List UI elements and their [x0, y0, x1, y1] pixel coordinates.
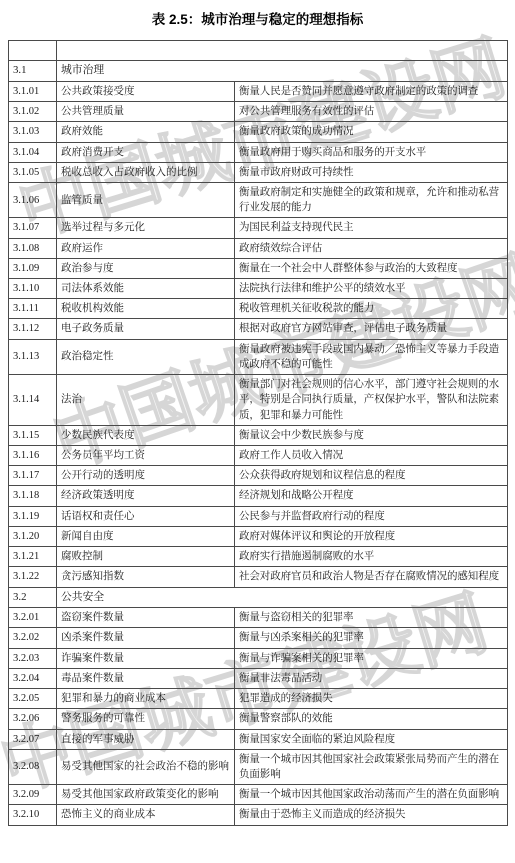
table-row: 3.2.03诈骗案件数量衡量与诈骗案相关的犯罪率	[9, 648, 508, 668]
row-code: 3.1.21	[9, 547, 57, 567]
table-row: 3.1.18经济政策透明度经济规划和战略公开程度	[9, 486, 508, 506]
row-code: 3.1.09	[9, 258, 57, 278]
row-description: 根据对政府官方网站审查，评估电子政务质量	[235, 319, 508, 339]
row-code: 3.1.19	[9, 506, 57, 526]
row-indicator: 话语权和责任心	[57, 506, 235, 526]
table-row: 3.2.08易受其他国家的社会政治不稳的影响衡量一个城市因其他国家社会政策紧张局…	[9, 749, 508, 784]
table-row: 3.1.02公共管理质量对公共管理服务有效性的评估	[9, 102, 508, 122]
table-row: 3.1.14法治衡量部门对社会规则的信心水平，部门遵守社会规则的水平，特别是合同…	[9, 375, 508, 426]
table-row: 3.1.05税收总收入占政府收入的比例衡量市政府财政可持续性	[9, 162, 508, 182]
header-code: 3	[9, 41, 57, 61]
table-row: 3.1.13政治稳定性衡量政府被违宪手段或国内暴动／恐怖主义等暴力手段造成政府不…	[9, 339, 508, 374]
table-row: 3.1.01公共政策接受度衡量人民是否赞同并愿意遵守政府制定的政策的调查	[9, 81, 508, 101]
table-row: 3.1.19话语权和责任心公民参与并监督政府行动的程度	[9, 506, 508, 526]
row-code: 3.2.06	[9, 709, 57, 729]
row-code: 3.1.02	[9, 102, 57, 122]
row-indicator: 凶杀案件数量	[57, 628, 235, 648]
row-description: 衡量人民是否赞同并愿意遵守政府制定的政策的调查	[235, 81, 508, 101]
row-code: 3.1.08	[9, 238, 57, 258]
row-description: 衡量政府被违宪手段或国内暴动／恐怖主义等暴力手段造成政府不稳的可能性	[235, 339, 508, 374]
row-indicator: 电子政务质量	[57, 319, 235, 339]
row-code: 3.1.04	[9, 142, 57, 162]
row-description: 衡量政府制定和实施健全的政策和规章，允许和推动私营行业发展的能力	[235, 182, 508, 217]
table-row: 3.1.04政府消费开支衡量政府用于购买商品和服务的开支水平	[9, 142, 508, 162]
row-code: 3.2.07	[9, 729, 57, 749]
row-description: 衡量部门对社会规则的信心水平，部门遵守社会规则的水平，特别是合同执行质量，产权保…	[235, 375, 508, 426]
row-code: 3.2.02	[9, 628, 57, 648]
row-code: 3.1.20	[9, 526, 57, 546]
table-row: 3.1.16公务员年平均工资政府工作人员收入情况	[9, 446, 508, 466]
row-indicator: 直接的军事威胁	[57, 729, 235, 749]
row-code: 3.1.06	[9, 182, 57, 217]
row-description: 政府对媒体评议和舆论的开放程度	[235, 526, 508, 546]
table-row: 3.1.22贪污感知指数社会对政府官员和政治人物是否存在腐败情况的感知程度	[9, 567, 508, 587]
row-description: 经济规划和战略公开程度	[235, 486, 508, 506]
row-code: 3.2.03	[9, 648, 57, 668]
row-description: 政府绩效综合评估	[235, 238, 508, 258]
row-description: 衡量与盗窃相关的犯罪率	[235, 608, 508, 628]
row-indicator: 贪污感知指数	[57, 567, 235, 587]
row-code: 3.1.14	[9, 375, 57, 426]
row-indicator: 经济政策透明度	[57, 486, 235, 506]
row-indicator: 政府运作	[57, 238, 235, 258]
row-code: 3.1.12	[9, 319, 57, 339]
row-description: 对公共管理服务有效性的评估	[235, 102, 508, 122]
row-description: 法院执行法律和维护公平的绩效水平	[235, 279, 508, 299]
row-description: 衡量政府用于购买商品和服务的开支水平	[235, 142, 508, 162]
row-code: 3.1.03	[9, 122, 57, 142]
row-indicator: 政府效能	[57, 122, 235, 142]
row-indicator: 新闻自由度	[57, 526, 235, 546]
table-row: 3.2.01盗窃案件数量衡量与盗窃相关的犯罪率	[9, 608, 508, 628]
table-row: 3.2.09易受其他国家政府政策变化的影响衡量一个城市因其他国家政治动荡而产生的…	[9, 785, 508, 805]
row-code: 3.2.04	[9, 668, 57, 688]
section-label: 城市治理	[57, 61, 508, 82]
row-indicator: 毒品案件数量	[57, 668, 235, 688]
row-code: 3.2.08	[9, 749, 57, 784]
row-indicator: 公共管理质量	[57, 102, 235, 122]
row-indicator: 公开行动的透明度	[57, 466, 235, 486]
table-row: 3.1.03政府效能衡量政府政策的成功情况	[9, 122, 508, 142]
row-description: 衡量警察部队的效能	[235, 709, 508, 729]
table-row: 3.1.07选举过程与多元化为国民利益支持现代民主	[9, 218, 508, 238]
row-indicator: 法治	[57, 375, 235, 426]
row-indicator: 监管质量	[57, 182, 235, 217]
row-description: 衡量市政府财政可持续性	[235, 162, 508, 182]
row-code: 3.1.15	[9, 425, 57, 445]
row-code: 3.1.17	[9, 466, 57, 486]
row-description: 衡量政府政策的成功情况	[235, 122, 508, 142]
table-row: 3.1.10司法体系效能法院执行法律和维护公平的绩效水平	[9, 279, 508, 299]
row-code: 3.1.07	[9, 218, 57, 238]
table-row: 3.1.09政治参与度衡量在一个社会中人群整体参与政治的大致程度	[9, 258, 508, 278]
table-row: 3.1.17公开行动的透明度公众获得政府规划和议程信息的程度	[9, 466, 508, 486]
indicator-table-body: 3 城市治理与公共安全的理想指标 (41 项指标) 3.1城市治理3.1.01公…	[9, 41, 508, 826]
row-description: 衡量与诈骗案相关的犯罪率	[235, 648, 508, 668]
row-description: 衡量议会中少数民族参与度	[235, 425, 508, 445]
row-indicator: 少数民族代表度	[57, 425, 235, 445]
row-description: 政府实行措施遏制腐败的水平	[235, 547, 508, 567]
row-indicator: 选举过程与多元化	[57, 218, 235, 238]
row-description: 政府工作人员收入情况	[235, 446, 508, 466]
row-indicator: 公共政策接受度	[57, 81, 235, 101]
table-row: 3.2.10恐怖主义的商业成本衡量由于恐怖主义而造成的经济损失	[9, 805, 508, 825]
table-row: 3.2.06警务服务的可靠性衡量警察部队的效能	[9, 709, 508, 729]
row-description: 税收管理机关征收税款的能力	[235, 299, 508, 319]
row-description: 衡量国家安全面临的紧迫风险程度	[235, 729, 508, 749]
row-code: 3.2.01	[9, 608, 57, 628]
row-description: 衡量一个城市因其他国家政治动荡而产生的潜在负面影响	[235, 785, 508, 805]
table-row: 3.1.20新闻自由度政府对媒体评议和舆论的开放程度	[9, 526, 508, 546]
table-row: 3.2.07直接的军事威胁衡量国家安全面临的紧迫风险程度	[9, 729, 508, 749]
row-description: 衡量一个城市因其他国家社会政策紧张局势而产生的潜在负面影响	[235, 749, 508, 784]
row-code: 3.2.05	[9, 689, 57, 709]
row-code: 3.1.16	[9, 446, 57, 466]
page-title: 表 2.5：城市治理与稳定的理想指标	[0, 8, 515, 28]
row-code: 3.1.18	[9, 486, 57, 506]
table-row: 3.2.04毒品案件数量衡量非法毒品活动	[9, 668, 508, 688]
section-code: 3.2	[9, 587, 57, 608]
row-code: 3.1.01	[9, 81, 57, 101]
row-indicator: 腐败控制	[57, 547, 235, 567]
row-code: 3.2.09	[9, 785, 57, 805]
row-code: 3.1.10	[9, 279, 57, 299]
section-row: 3.2公共安全	[9, 587, 508, 608]
table-row: 3.1.15少数民族代表度衡量议会中少数民族参与度	[9, 425, 508, 445]
section-row: 3.1城市治理	[9, 61, 508, 82]
row-description: 公民参与并监督政府行动的程度	[235, 506, 508, 526]
row-description: 社会对政府官员和政治人物是否存在腐败情况的感知程度	[235, 567, 508, 587]
header-title: 城市治理与公共安全的理想指标 (41 项指标)	[57, 41, 508, 61]
indicator-table: 3 城市治理与公共安全的理想指标 (41 项指标) 3.1城市治理3.1.01公…	[8, 40, 508, 826]
row-code: 3.1.05	[9, 162, 57, 182]
row-indicator: 恐怖主义的商业成本	[57, 805, 235, 825]
row-indicator: 政治稳定性	[57, 339, 235, 374]
row-code: 3.1.22	[9, 567, 57, 587]
table-row: 3.2.02凶杀案件数量衡量与凶杀案相关的犯罪率	[9, 628, 508, 648]
row-description: 衡量在一个社会中人群整体参与政治的大致程度	[235, 258, 508, 278]
section-code: 3.1	[9, 61, 57, 82]
table-row: 3.1.08政府运作政府绩效综合评估	[9, 238, 508, 258]
row-indicator: 税收总收入占政府收入的比例	[57, 162, 235, 182]
row-indicator: 公务员年平均工资	[57, 446, 235, 466]
row-indicator: 易受其他国家政府政策变化的影响	[57, 785, 235, 805]
row-indicator: 易受其他国家的社会政治不稳的影响	[57, 749, 235, 784]
row-description: 为国民利益支持现代民主	[235, 218, 508, 238]
table-row: 3.1.11税收机构效能税收管理机关征收税款的能力	[9, 299, 508, 319]
row-indicator: 政府消费开支	[57, 142, 235, 162]
table-row: 3.1.06监管质量衡量政府制定和实施健全的政策和规章，允许和推动私营行业发展的…	[9, 182, 508, 217]
row-description: 衡量与凶杀案相关的犯罪率	[235, 628, 508, 648]
row-code: 3.1.13	[9, 339, 57, 374]
row-indicator: 税收机构效能	[57, 299, 235, 319]
row-indicator: 盗窃案件数量	[57, 608, 235, 628]
table-row: 3.2.05犯罪和暴力的商业成本犯罪造成的经济损失	[9, 689, 508, 709]
row-code: 3.1.11	[9, 299, 57, 319]
row-code: 3.2.10	[9, 805, 57, 825]
row-description: 犯罪造成的经济损失	[235, 689, 508, 709]
row-indicator: 司法体系效能	[57, 279, 235, 299]
row-description: 公众获得政府规划和议程信息的程度	[235, 466, 508, 486]
table-row: 3.1.12电子政务质量根据对政府官方网站审查，评估电子政务质量	[9, 319, 508, 339]
table-row: 3.1.21腐败控制政府实行措施遏制腐败的水平	[9, 547, 508, 567]
row-indicator: 警务服务的可靠性	[57, 709, 235, 729]
row-description: 衡量非法毒品活动	[235, 668, 508, 688]
row-indicator: 犯罪和暴力的商业成本	[57, 689, 235, 709]
row-description: 衡量由于恐怖主义而造成的经济损失	[235, 805, 508, 825]
table-header-row: 3 城市治理与公共安全的理想指标 (41 项指标)	[9, 41, 508, 61]
section-label: 公共安全	[57, 587, 508, 608]
row-indicator: 诈骗案件数量	[57, 648, 235, 668]
document-page: 表 2.5：城市治理与稳定的理想指标 3 城市治理与公共安全的理想指标 (41 …	[0, 0, 515, 826]
row-indicator: 政治参与度	[57, 258, 235, 278]
